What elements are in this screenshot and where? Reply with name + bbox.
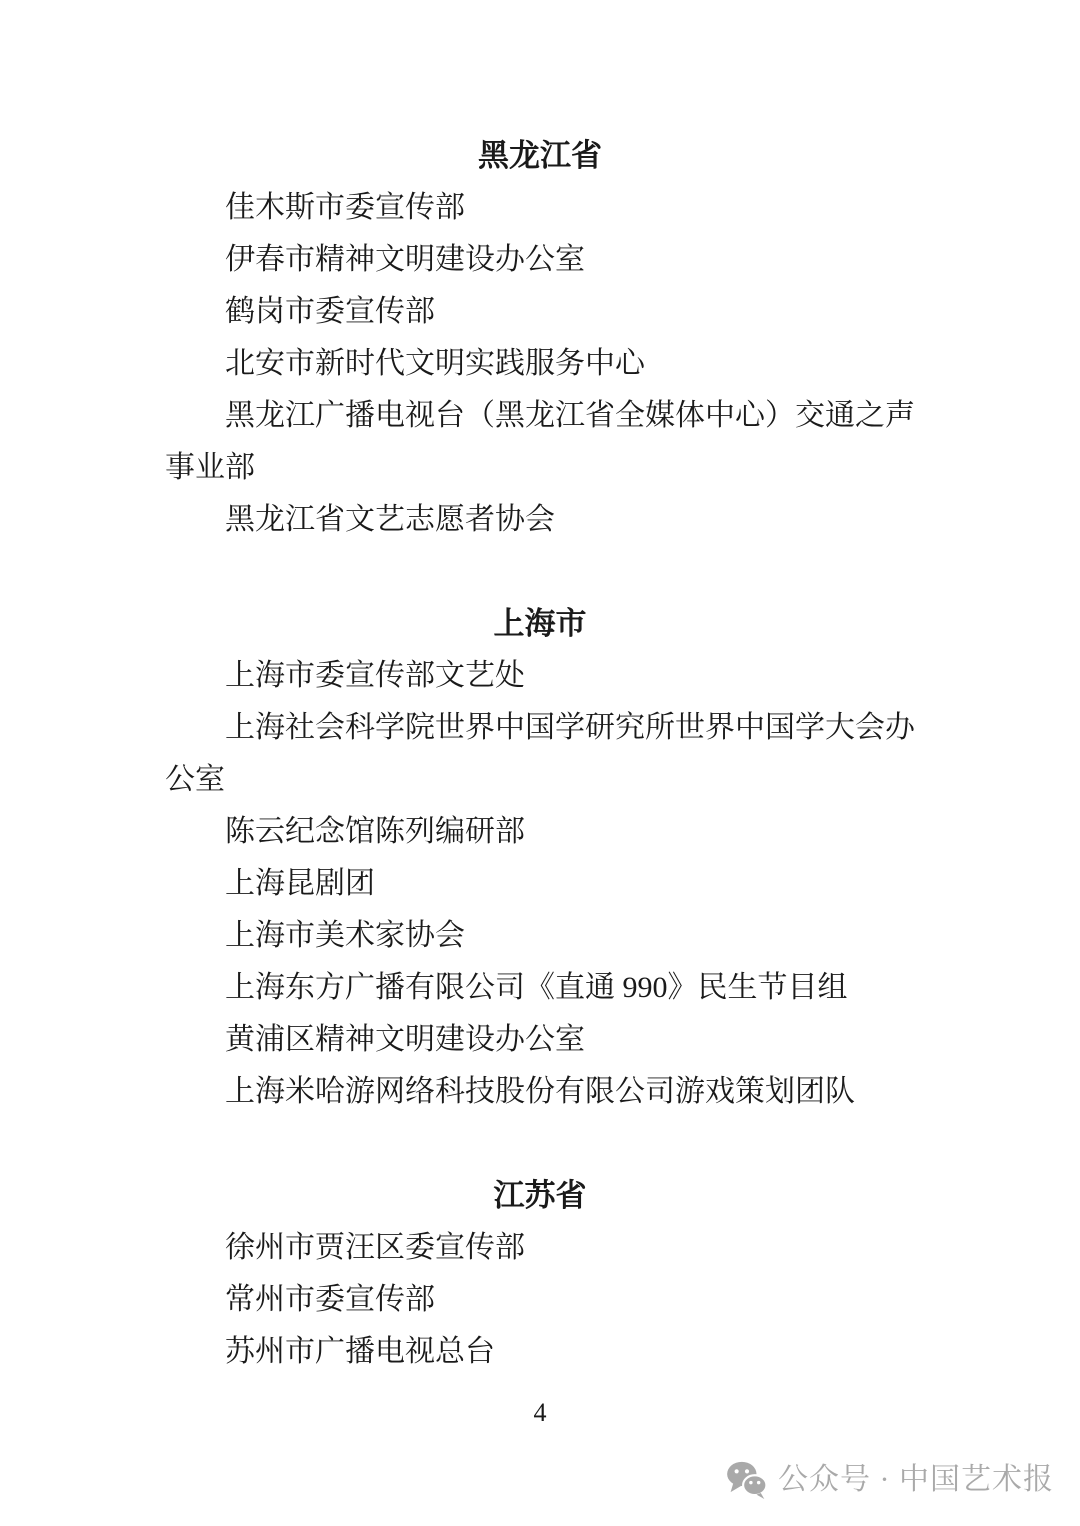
org-item: 上海米哈游网络科技股份有限公司游戏策划团队 [165, 1066, 915, 1118]
org-item: 黄浦区精神文明建设办公室 [165, 1014, 915, 1066]
section-heading-shanghai: 上海市 [165, 598, 915, 650]
org-item: 鹤岗市委宣传部 [165, 286, 915, 338]
org-item: 北安市新时代文明实践服务中心 [165, 338, 915, 390]
wechat-icon [726, 1461, 768, 1499]
section-shanghai: 上海市 上海市委宣传部文艺处 上海社会科学院世界中国学研究所世界中国学大会办公室… [165, 598, 915, 1118]
org-item: 黑龙江省文艺志愿者协会 [165, 494, 915, 546]
org-item: 上海东方广播有限公司《直通 990》民生节目组 [165, 962, 915, 1014]
section-heading-heilongjiang: 黑龙江省 [165, 130, 915, 182]
document-body: 黑龙江省 佳木斯市委宣传部 伊春市精神文明建设办公室 鹤岗市委宣传部 北安市新时… [165, 0, 915, 1378]
page-number: 4 [0, 1398, 1080, 1428]
section-jiangsu: 江苏省 徐州市贾汪区委宣传部 常州市委宣传部 苏州市广播电视总台 [165, 1170, 915, 1378]
org-item: 佳木斯市委宣传部 [165, 182, 915, 234]
org-item: 上海社会科学院世界中国学研究所世界中国学大会办公室 [165, 702, 915, 806]
org-item: 上海昆剧团 [165, 858, 915, 910]
org-item: 徐州市贾汪区委宣传部 [165, 1222, 915, 1274]
org-item: 上海市委宣传部文艺处 [165, 650, 915, 702]
org-item: 上海市美术家协会 [165, 910, 915, 962]
section-heilongjiang: 黑龙江省 佳木斯市委宣传部 伊春市精神文明建设办公室 鹤岗市委宣传部 北安市新时… [165, 130, 915, 546]
wechat-watermark: 公众号 · 中国艺术报 [726, 1460, 1054, 1500]
watermark-text: 公众号 · 中国艺术报 [778, 1460, 1054, 1500]
org-item: 伊春市精神文明建设办公室 [165, 234, 915, 286]
org-item: 黑龙江广播电视台（黑龙江省全媒体中心）交通之声事业部 [165, 390, 915, 494]
section-heading-jiangsu: 江苏省 [165, 1170, 915, 1222]
org-item: 陈云纪念馆陈列编研部 [165, 806, 915, 858]
org-item: 苏州市广播电视总台 [165, 1326, 915, 1378]
org-item: 常州市委宣传部 [165, 1274, 915, 1326]
